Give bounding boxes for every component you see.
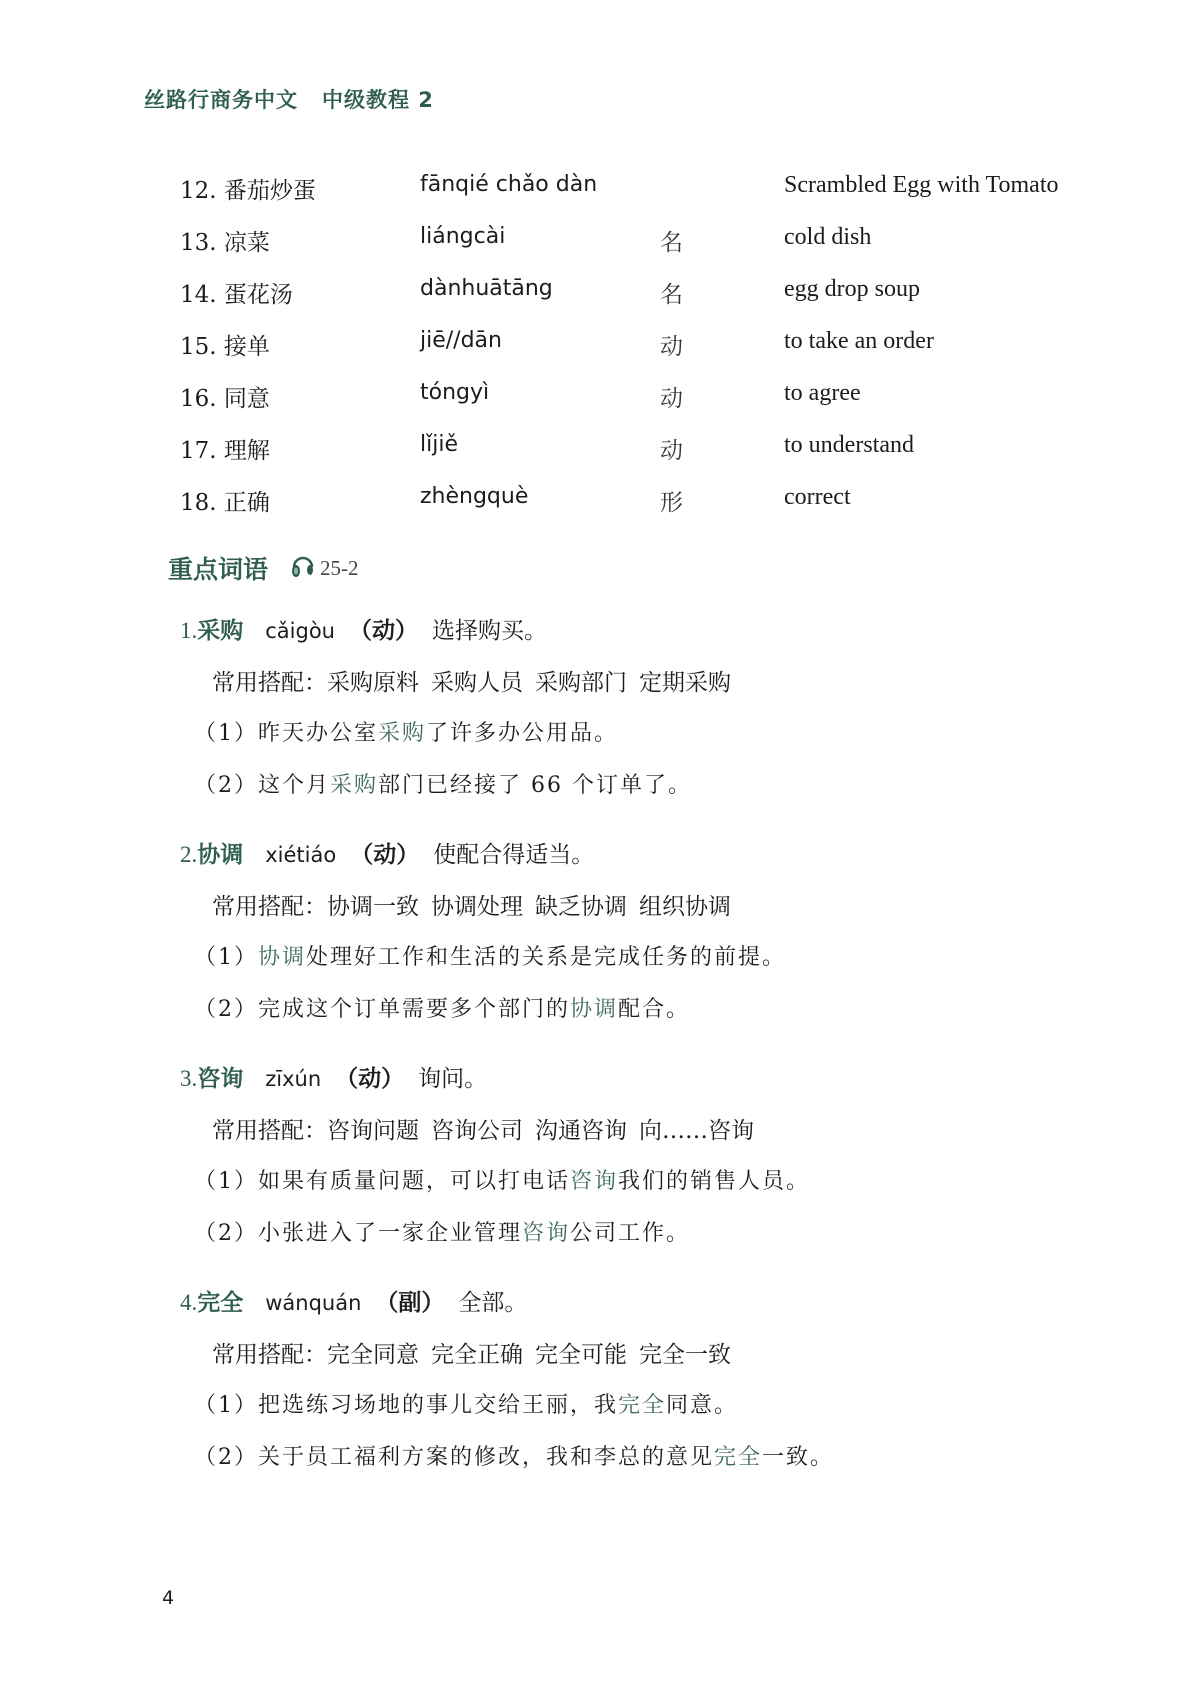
example-text: 完成这个订单需要多个部门的 <box>258 997 570 1022</box>
vocab-pos: 名 <box>660 276 683 309</box>
section-title-text: 重点词语 <box>168 550 268 586</box>
vocab-english: to take an order <box>784 328 934 355</box>
keyword-definition: 选择购买。 <box>432 618 547 644</box>
example-highlight: 完全 <box>618 1393 666 1418</box>
example-highlight: 咨询 <box>522 1221 570 1246</box>
keyword-pos: （动） <box>335 1065 404 1092</box>
keyword-number: 1. <box>180 618 197 643</box>
vocab-pos: 形 <box>660 484 683 517</box>
keyword-word: 采购 <box>197 618 243 644</box>
keyword-pos: （副） <box>375 1289 444 1316</box>
example-text: 处理好工作和生活的关系是完成任务的前提。 <box>306 945 786 970</box>
collocation: 沟通咨询 <box>535 1118 627 1144</box>
example-highlight: 协调 <box>258 945 306 970</box>
keyword-heading: 4.完全wánquán（副）全部。 <box>180 1284 527 1317</box>
keyword-definition: 使配合得适当。 <box>433 842 594 868</box>
example-text: 如果有质量问题，可以打电话 <box>258 1169 570 1194</box>
vocab-pos: 动 <box>660 432 683 465</box>
collocation-label: 常用搭配： <box>212 1342 327 1368</box>
example-sentence: （2）小张进入了一家企业管理咨询公司工作。 <box>194 1216 690 1247</box>
example-prefix: （2） <box>194 1221 258 1246</box>
example-sentence: （1）如果有质量问题，可以打电话咨询我们的销售人员。 <box>194 1164 810 1195</box>
example-prefix: （1） <box>194 1169 258 1194</box>
example-text: 关于员工福利方案的修改，我和李总的意见 <box>258 1445 714 1470</box>
vocab-word: 16. 同意 <box>180 380 270 413</box>
vocab-word: 17. 理解 <box>180 432 270 465</box>
example-text: 我们的销售人员。 <box>618 1169 810 1194</box>
example-prefix: （1） <box>194 945 258 970</box>
collocation: 缺乏协调 <box>535 894 627 920</box>
section-title: 重点词语 25-2 <box>168 550 359 586</box>
collocation: 采购人员 <box>431 670 523 696</box>
example-prefix: （2） <box>194 1445 258 1470</box>
example-text: 小张进入了一家企业管理 <box>258 1221 522 1246</box>
example-prefix: （1） <box>194 721 258 746</box>
keyword-definition: 全部。 <box>458 1290 527 1316</box>
vocab-row: 15. 接单 jiē//dān 动 to take an order <box>180 328 1140 368</box>
vocab-english: correct <box>784 484 851 511</box>
audio-track-label: 25-2 <box>320 556 359 581</box>
keyword-pos: （动） <box>349 617 418 644</box>
keyword-pinyin: wánquán <box>265 1291 361 1315</box>
book-level: 中级教程 2 <box>322 88 434 112</box>
collocation-label: 常用搭配： <box>212 670 327 696</box>
keyword-heading: 3.咨询zīxún（动）询问。 <box>180 1060 487 1093</box>
vocab-row: 13. 凉菜 liángcài 名 cold dish <box>180 224 1140 264</box>
example-sentence: （2）完成这个订单需要多个部门的协调配合。 <box>194 992 690 1023</box>
page-number: 4 <box>162 1587 174 1609</box>
vocab-english: to agree <box>784 380 861 407</box>
example-sentence: （1）把选练习场地的事儿交给王丽，我完全同意。 <box>194 1388 738 1419</box>
vocab-row: 18. 正确 zhèngquè 形 correct <box>180 484 1140 524</box>
keyword-collocations: 常用搭配：完全同意完全正确完全可能完全一致 <box>212 1336 731 1369</box>
keyword-collocations: 常用搭配：采购原料采购人员采购部门定期采购 <box>212 664 731 697</box>
example-sentence: （2）这个月采购部门已经接了 66 个订单了。 <box>194 768 692 799</box>
example-text: 了许多办公用品。 <box>426 721 618 746</box>
example-text: 把选练习场地的事儿交给王丽，我 <box>258 1393 618 1418</box>
vocab-pinyin: dànhuātāng <box>420 276 553 301</box>
example-text: 这个月 <box>258 773 330 798</box>
collocation: 完全同意 <box>327 1342 419 1368</box>
example-prefix: （2） <box>194 773 258 798</box>
keyword-definition: 询问。 <box>418 1066 487 1092</box>
keyword-collocations: 常用搭配：协调一致协调处理缺乏协调组织协调 <box>212 888 731 921</box>
example-text: 同意。 <box>666 1393 738 1418</box>
collocation: 协调一致 <box>327 894 419 920</box>
example-highlight: 协调 <box>570 997 618 1022</box>
example-sentence: （1）昨天办公室采购了许多办公用品。 <box>194 716 618 747</box>
collocation: 采购原料 <box>327 670 419 696</box>
example-text: 配合。 <box>618 997 690 1022</box>
example-prefix: （2） <box>194 997 258 1022</box>
example-prefix: （1） <box>194 1393 258 1418</box>
keyword-pinyin: cǎigòu <box>265 619 335 643</box>
example-highlight: 完全 <box>714 1445 762 1470</box>
example-highlight: 咨询 <box>570 1169 618 1194</box>
collocation: 协调处理 <box>431 894 523 920</box>
vocab-english: to understand <box>784 432 914 459</box>
keyword-word: 协调 <box>197 842 243 868</box>
collocation: 完全正确 <box>431 1342 523 1368</box>
keyword-heading: 2.协调xiétiáo（动）使配合得适当。 <box>180 836 594 869</box>
vocab-english: cold dish <box>784 224 871 251</box>
headphones-icon[interactable] <box>290 551 316 585</box>
example-sentence: （2）关于员工福利方案的修改，我和李总的意见完全一致。 <box>194 1440 834 1471</box>
example-text: 一致。 <box>762 1445 834 1470</box>
collocation: 完全一致 <box>639 1342 731 1368</box>
vocab-pinyin: fānqié chǎo dàn <box>420 172 597 197</box>
example-text: 昨天办公室 <box>258 721 378 746</box>
keyword-heading: 1.采购cǎigòu（动）选择购买。 <box>180 612 547 645</box>
vocab-row: 12. 番茄炒蛋 fānqié chǎo dàn Scrambled Egg w… <box>180 172 1140 212</box>
example-text: 部门已经接了 66 个订单了。 <box>378 773 692 798</box>
vocab-pinyin: jiē//dān <box>420 328 502 353</box>
keyword-pos: （动） <box>350 841 419 868</box>
example-highlight: 采购 <box>330 773 378 798</box>
running-header: 丝路行商务中文中级教程 2 <box>144 84 434 114</box>
keyword-number: 3. <box>180 1066 197 1091</box>
vocab-word: 14. 蛋花汤 <box>180 276 293 309</box>
collocation-label: 常用搭配： <box>212 1118 327 1144</box>
vocab-word: 15. 接单 <box>180 328 270 361</box>
collocation-label: 常用搭配： <box>212 894 327 920</box>
keyword-pinyin: zīxún <box>265 1067 321 1091</box>
collocation: 向……咨询 <box>639 1118 754 1144</box>
keyword-number: 4. <box>180 1290 197 1315</box>
keyword-word: 完全 <box>197 1290 243 1316</box>
book-title: 丝路行商务中文 <box>144 88 298 112</box>
keyword-word: 咨询 <box>197 1066 243 1092</box>
example-sentence: （1）协调处理好工作和生活的关系是完成任务的前提。 <box>194 940 786 971</box>
vocab-word: 13. 凉菜 <box>180 224 270 257</box>
vocab-pos: 动 <box>660 328 683 361</box>
example-highlight: 采购 <box>378 721 426 746</box>
vocab-pinyin: tóngyì <box>420 380 489 405</box>
collocation: 定期采购 <box>639 670 731 696</box>
vocab-english: Scrambled Egg with Tomato <box>784 172 1059 199</box>
vocab-english: egg drop soup <box>784 276 920 303</box>
vocab-row: 17. 理解 lǐjiě 动 to understand <box>180 432 1140 472</box>
vocab-word: 12. 番茄炒蛋 <box>180 172 316 205</box>
vocab-row: 16. 同意 tóngyì 动 to agree <box>180 380 1140 420</box>
example-text: 公司工作。 <box>570 1221 690 1246</box>
collocation: 采购部门 <box>535 670 627 696</box>
vocab-pinyin: zhèngquè <box>420 484 528 509</box>
keyword-number: 2. <box>180 842 197 867</box>
keyword-pinyin: xiétiáo <box>265 843 336 867</box>
collocation: 咨询公司 <box>431 1118 523 1144</box>
audio-track[interactable]: 25-2 <box>290 551 359 585</box>
vocab-pos: 名 <box>660 224 683 257</box>
keyword-collocations: 常用搭配：咨询问题咨询公司沟通咨询向……咨询 <box>212 1112 754 1145</box>
vocab-word: 18. 正确 <box>180 484 270 517</box>
vocab-pos: 动 <box>660 380 683 413</box>
vocab-row: 14. 蛋花汤 dànhuātāng 名 egg drop soup <box>180 276 1140 316</box>
vocab-pinyin: liángcài <box>420 224 505 249</box>
collocation: 组织协调 <box>639 894 731 920</box>
collocation: 完全可能 <box>535 1342 627 1368</box>
collocation: 咨询问题 <box>327 1118 419 1144</box>
vocab-pinyin: lǐjiě <box>420 432 458 457</box>
